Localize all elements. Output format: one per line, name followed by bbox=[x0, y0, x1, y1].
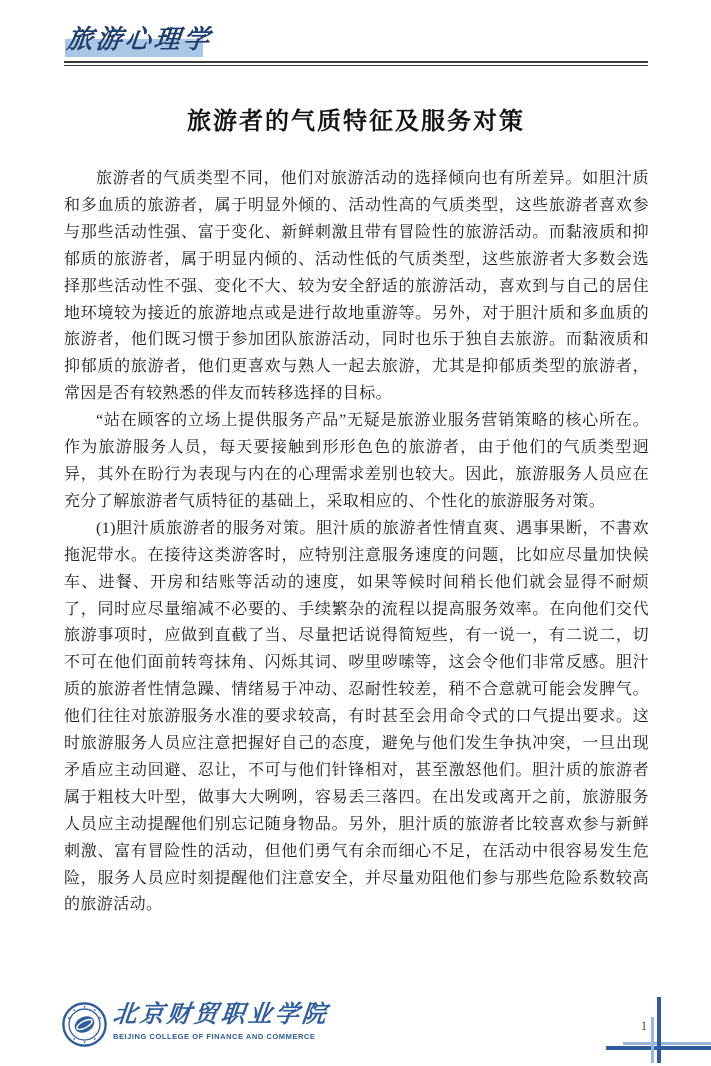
document-body: 旅游者的气质类型不同，他们对旅游活动的选择倾向也有所差异。如胆汁质和多血质的旅游… bbox=[64, 166, 649, 919]
corner-line-horizontal-light bbox=[623, 1042, 711, 1045]
corner-line-vertical-light bbox=[651, 1017, 654, 1063]
body-paragraph-1: 旅游者的气质类型不同，他们对旅游活动的选择倾向也有所差异。如胆汁质和多血质的旅游… bbox=[64, 166, 649, 408]
body-paragraph-3: (1)胆汁质旅游者的服务对策。胆汁质的旅游者性情直爽、遇事果断，不書欢拖泥带水。… bbox=[64, 516, 649, 920]
course-logo-text: 旅游心理学 bbox=[65, 25, 268, 55]
page-title: 旅游者的气质特征及服务对策 bbox=[64, 101, 648, 136]
college-name-chinese: 北京财贸职业学院 bbox=[111, 999, 330, 1029]
document-page: 旅游心理学 旅游者的气质特征及服务对策 旅游者的气质类型不同，他们对旅游活动的选… bbox=[0, 0, 711, 1066]
college-name-english: BEIJING COLLEGE OF FINANCE AND COMMERCE bbox=[113, 1032, 329, 1041]
corner-line-vertical-dark bbox=[657, 997, 661, 1063]
college-name-block: 北京财贸职业学院 BEIJING COLLEGE OF FINANCE AND … bbox=[113, 999, 329, 1041]
body-paragraph-2: “站在顾客的立场上提供服务产品”无疑是旅游业服务营销策略的核心所在。作为旅游服务… bbox=[64, 408, 649, 516]
college-seal-icon bbox=[62, 1002, 107, 1047]
page-number: 1 bbox=[636, 1018, 652, 1034]
college-logo: 北京财贸职业学院 BEIJING COLLEGE OF FINANCE AND … bbox=[62, 999, 329, 1047]
header-divider-rule bbox=[64, 61, 648, 66]
